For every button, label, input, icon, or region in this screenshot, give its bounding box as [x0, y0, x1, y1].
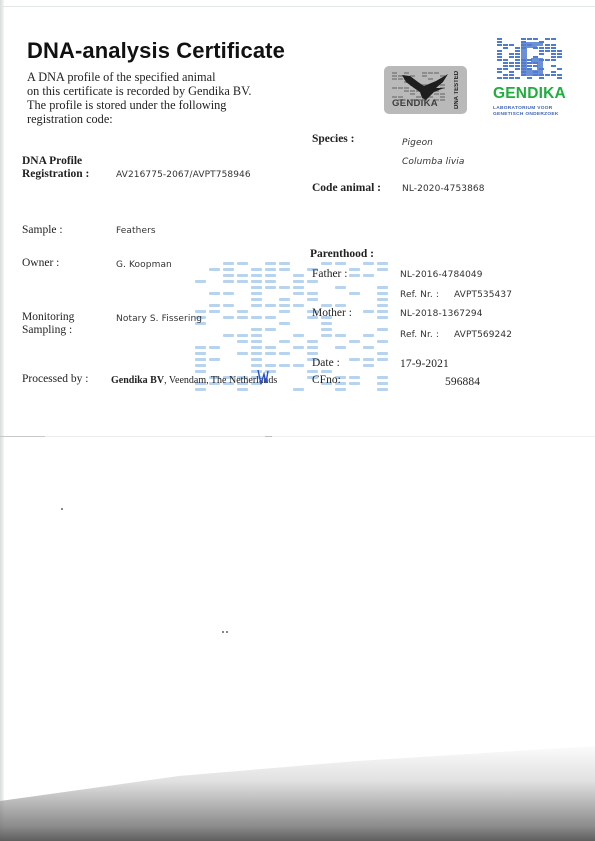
- cfno-label: CFno:: [312, 374, 341, 387]
- scan-speck: [222, 631, 224, 633]
- species-label: Species :: [312, 133, 354, 146]
- date-value: 17-9-2021: [400, 358, 449, 370]
- date-label: Date :: [312, 357, 340, 370]
- species-common-value: Pigeon: [402, 138, 433, 148]
- father-label: Father :: [312, 268, 347, 281]
- dna-tested-badge: GENDIKA DNA TESTED: [384, 66, 467, 114]
- father-value: NL-2016-4784049: [400, 270, 483, 280]
- code-animal-label: Code animal :: [312, 182, 381, 195]
- logo-subtitle: LABORATORIUM VOOR GENETISCH ONDERZOEK: [493, 106, 593, 118]
- dna-profile-value: AV216775-2067/AVPT758946: [116, 170, 251, 180]
- father-ref-label: Ref. Nr. :: [400, 290, 439, 300]
- intro-line: registration code:: [27, 112, 307, 126]
- mother-ref-label: Ref. Nr. :: [400, 330, 439, 340]
- code-animal-value: NL-2020-4753868: [402, 184, 485, 194]
- scan-shadow: [0, 741, 595, 841]
- logo-name: GENDIKA: [493, 85, 593, 103]
- document-title: DNA-analysis Certificate: [27, 38, 285, 64]
- sampling-label: Sampling :: [22, 324, 72, 337]
- owner-value: G. Koopman: [116, 260, 172, 270]
- intro-text: A DNA profile of the specified animal on…: [27, 70, 307, 126]
- monitoring-label: Monitoring: [22, 311, 74, 324]
- mother-value: NL-2018-1367294: [400, 309, 483, 319]
- watermark-pattern: [195, 262, 395, 392]
- intro-line: on this certificate is recorded by Gendi…: [27, 84, 307, 98]
- owner-label: Owner :: [22, 257, 59, 270]
- sample-label: Sample :: [22, 224, 63, 237]
- gendika-logo: GENDIKA LABORATORIUM VOOR GENETISCH ONDE…: [493, 38, 593, 123]
- parenthood-label: Parenthood :: [310, 248, 374, 261]
- monitoring-value: Notary S. Fissering: [116, 314, 202, 324]
- sample-value: Feathers: [116, 226, 156, 236]
- signature-mark: [256, 368, 270, 386]
- page-edge-left: [0, 0, 4, 841]
- fold-line: [0, 436, 595, 437]
- dna-profile-label: DNA Profile: [22, 155, 82, 168]
- processed-by-company: Gendika BV: [111, 375, 164, 386]
- g-logo-icon: [497, 38, 567, 82]
- page-edge-top: [0, 6, 595, 7]
- intro-line: A DNA profile of the specified animal: [27, 70, 307, 84]
- badge-brand: GENDIKA: [392, 98, 438, 109]
- species-latin-value: Columba livia: [402, 157, 465, 167]
- mother-ref-value: AVPT569242: [454, 330, 512, 340]
- processed-by-value: Gendika BV, Veendam, The Netherlands: [111, 375, 277, 386]
- registration-label: Registration :: [22, 168, 89, 181]
- mother-label: Mother :: [312, 307, 352, 320]
- cfno-value: 596884: [445, 376, 480, 388]
- badge-vertical-text: DNA TESTED: [454, 70, 464, 110]
- processed-by-label: Processed by :: [22, 373, 88, 386]
- logo-subtitle-line: GENETISCH ONDERZOEK: [493, 112, 593, 118]
- intro-line: The profile is stored under the followin…: [27, 98, 307, 112]
- scan-speck: [226, 631, 228, 633]
- father-ref-value: AVPT535437: [454, 290, 512, 300]
- scan-speck: [61, 508, 63, 510]
